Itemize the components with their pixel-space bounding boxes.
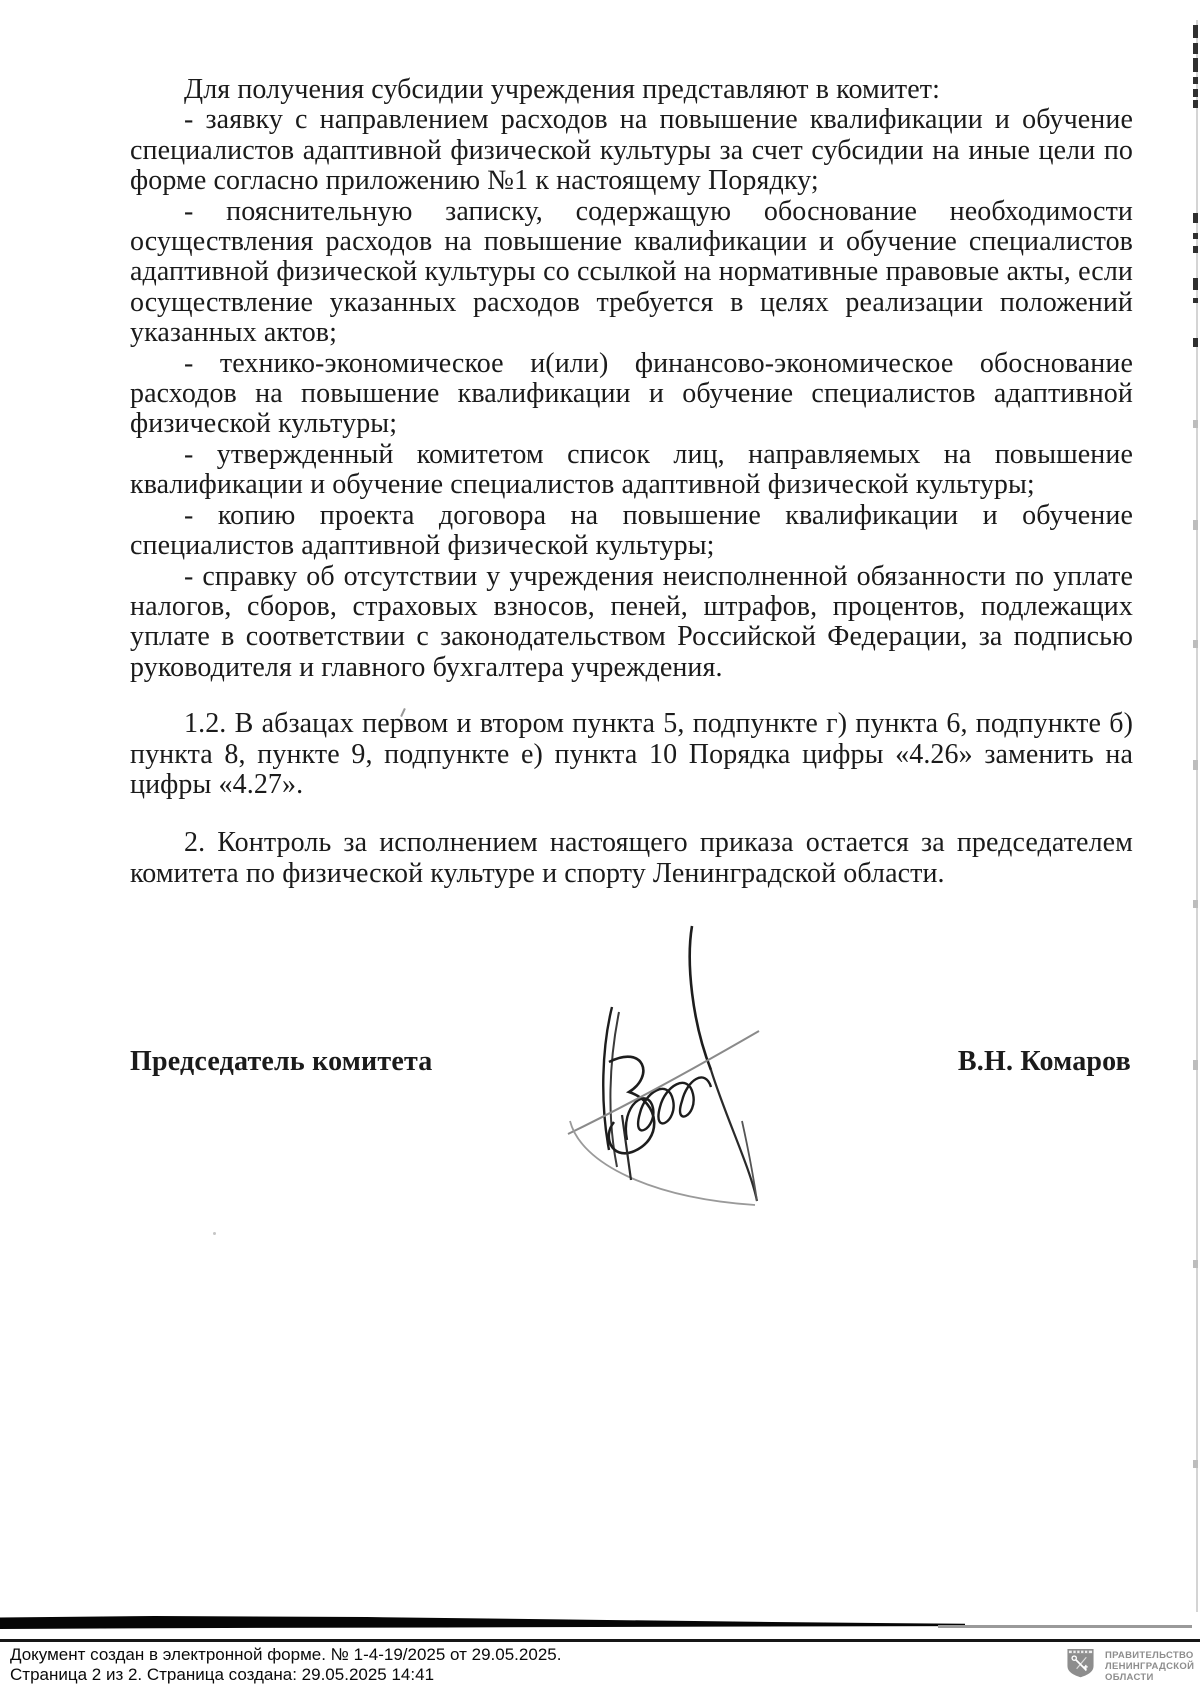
- scan-edge-mark: [1193, 900, 1198, 908]
- paragraph-item-spisok: - утвержденный комитетом список лиц, нап…: [130, 440, 1133, 501]
- footer-rule-line: [0, 1639, 1200, 1642]
- scan-edge-mark: [1193, 58, 1198, 72]
- scan-edge-mark: [1193, 213, 1198, 223]
- scan-edge-mark: [1193, 246, 1198, 253]
- footer-stamp: Документ создан в электронной форме. № 1…: [10, 1645, 561, 1684]
- footer-black-bar: [0, 1616, 965, 1629]
- footer-page-info: Страница 2 из 2. Страница создана: 29.05…: [10, 1665, 561, 1685]
- signature-title: Председатель комитета: [130, 1046, 432, 1078]
- scan-speck: [213, 1232, 216, 1235]
- scan-edge-mark: [1193, 1460, 1198, 1468]
- scan-edge-mark: [1193, 640, 1198, 648]
- scan-edge-mark: [1193, 520, 1198, 530]
- scan-edge-mark: [1193, 100, 1198, 108]
- scan-edge-mark: [1193, 1060, 1198, 1070]
- scan-edge-mark: [1193, 278, 1198, 290]
- handwritten-signature: [552, 912, 777, 1217]
- scan-edge-mark: [1193, 43, 1198, 54]
- government-logo: ПРАВИТЕЛЬСТВО ЛЕНИНГРАДСКОЙ ОБЛАСТИ: [1066, 1647, 1194, 1683]
- coat-of-arms-shield-icon: [1066, 1647, 1095, 1679]
- logo-caption-line3: ОБЛАСТИ: [1105, 1672, 1194, 1683]
- logo-caption-line1: ПРАВИТЕЛЬСТВО: [1105, 1650, 1194, 1661]
- document-body: Для получения субсидии учреждения предст…: [130, 75, 1133, 889]
- footer-bar-tail: [938, 1625, 1192, 1628]
- paragraph-point-2: 2. Контроль за исполнением настоящего пр…: [130, 828, 1133, 889]
- paragraph-item-zapiska: - пояснительную записку, содержащую обос…: [130, 197, 1133, 349]
- paragraph-item-dogovor: - копию проекта договора на повышение кв…: [130, 501, 1133, 562]
- paragraph-item-spravka: - справку об отсутствии у учреждения неи…: [130, 562, 1133, 684]
- scan-edge-mark: [1193, 233, 1198, 239]
- scan-edge-mark: [1193, 77, 1198, 84]
- signature-name: В.Н. Комаров: [958, 1046, 1131, 1078]
- scan-edge-mark: [1193, 298, 1198, 303]
- scan-edge-mark: [1193, 89, 1198, 97]
- scan-edge-mark: [1193, 420, 1198, 428]
- paragraph-intro: Для получения субсидии учреждения предст…: [130, 75, 1133, 105]
- paragraph-point-1-2: 1.2. В абзацах первом и втором пункта 5,…: [130, 709, 1133, 800]
- logo-caption-line2: ЛЕНИНГРАДСКОЙ: [1105, 1661, 1194, 1672]
- scan-edge-mark: [1193, 25, 1198, 38]
- footer-doc-info: Документ создан в электронной форме. № 1…: [10, 1645, 561, 1665]
- logo-caption: ПРАВИТЕЛЬСТВО ЛЕНИНГРАДСКОЙ ОБЛАСТИ: [1105, 1647, 1194, 1683]
- paragraph-item-zayavka: - заявку с направлением расходов на повы…: [130, 105, 1133, 196]
- paragraph-item-tekhniko: - технико-экономическое и(или) финансово…: [130, 349, 1133, 440]
- document-page: Для получения субсидии учреждения предст…: [0, 0, 1200, 1698]
- scan-edge-mark: [1193, 1260, 1198, 1268]
- scan-edge-mark: [1193, 338, 1198, 347]
- scan-edge-line: [1196, 20, 1198, 1612]
- scan-edge-mark: [1193, 760, 1198, 770]
